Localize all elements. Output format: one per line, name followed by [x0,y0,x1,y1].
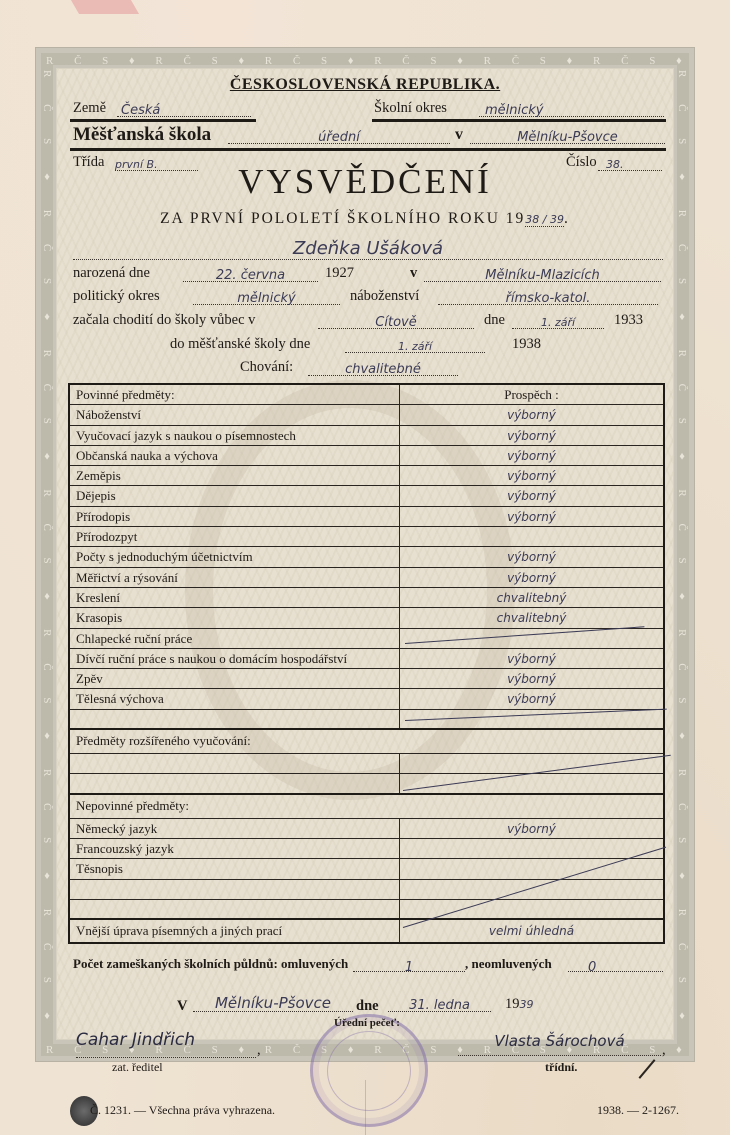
student-name: Zdeňka Ušáková [293,238,443,259]
born-label: narozená dne [73,265,150,282]
conduct-field: chvalitebné [308,360,458,376]
table-row [70,900,663,920]
subject-name [70,900,400,918]
burgher-date-field: 1. září [345,337,485,353]
born-place-field: Mělníku-Mlazicích [424,266,661,282]
appearance-label: Vnější úprava písemných a jiných prací [70,920,400,942]
grade-value: výborný [507,571,556,585]
grade-value: výborný [507,672,556,686]
subject-name: Přírodozpyt [70,527,400,546]
conduct-label: Chování: [240,359,293,376]
started-place-value: Cítově [375,315,416,330]
table-row: Zeměpis výborný [70,466,663,486]
unexcused-label: , neomluvených [465,956,552,972]
unexcused-field: 0 [568,958,663,972]
seal-label: Úřední pečeť: [334,1017,400,1029]
document-subtitle: ZA PRVNÍ POLOLETÍ ŠKOLNÍHO ROKU 1938 / 3… [0,210,730,228]
subject-name: Francouzský jazyk [70,839,400,858]
grades-table: Povinné předměty: Prospěch : Náboženství… [68,383,665,944]
land-field: Česká [117,101,251,117]
subject-name [70,774,400,792]
subject-name: Počty s jednoduchým účetnictvím [70,547,400,566]
table-row: Vyučovací jazyk s naukou o písemnostech … [70,426,663,446]
school-in-label: v [455,126,463,144]
slash-mark [639,1059,656,1079]
teacher-signature-line: Vlasta Šárochová [458,1032,661,1056]
burgher-date-value: 1. září [398,340,432,353]
unexcused-value: 0 [568,960,596,975]
land-value: Česká [117,103,160,118]
table-row: Tělesná výchova výborný [70,689,663,709]
place-field: Mělníku-Pšovce [193,994,353,1012]
subject-name: Těsnopis [70,859,400,878]
table-row [70,774,663,794]
subject-name: Krasopis [70,608,400,627]
table-row: Náboženství výborný [70,405,663,425]
table-row [70,880,663,900]
rule [372,119,666,122]
table-row: Kreslení chvalitebný [70,588,663,608]
subject-name: Chlapecké ruční práce [70,629,400,648]
excused-field: 1 [353,958,465,972]
footer-left: Č. 1231. — Všechna práva vyhrazena. [90,1103,275,1118]
born-date-field: 22. června [183,266,318,282]
grade-value: výborný [507,449,556,463]
teacher-label: třídní. [545,1060,577,1075]
school-type-value: úřední [318,130,360,145]
subject-name: Zpěv [70,669,400,688]
born-year-value: 1927 [325,265,354,282]
place-label: V [177,998,187,1015]
table-row: Francouzský jazyk [70,839,663,859]
date-label: dne [356,998,379,1015]
grades-header-row: Povinné předměty: Prospěch : [70,385,663,405]
table-row: Přírodozpyt [70,527,663,547]
excused-value: 1 [405,960,413,975]
table-row: Zpěv výborný [70,669,663,689]
table-row: Dívčí ruční práce s naukou o domácím hos… [70,649,663,669]
table-row: Těsnopis [70,859,663,879]
republic-header: ČESKOSLOVENSKÁ REPUBLIKA. [0,76,730,94]
subject-name [70,754,400,773]
started-year-value: 1933 [614,312,643,329]
subject-name: Dějepis [70,486,400,505]
paper-fold [365,1080,366,1135]
school-year-value: 38 / 39 [525,213,564,227]
absences-label: Počet zameškaných školních půldnů: omluv… [73,956,348,972]
date-field: 31. ledna [388,996,491,1012]
table-row: Dějepis výborný [70,486,663,506]
subject-name: Občanská nauka a výchova [70,446,400,465]
table-row [70,754,663,774]
grade-value: výborný [507,550,556,564]
subject-header: Povinné předměty: [70,385,400,404]
rule [70,119,256,122]
grade-value: výborný [507,652,556,666]
border-text-top: R Č S ♦ R Č S ♦ R Č S ♦ R Č S ♦ R Č S ♦ … [46,55,686,67]
school-place-field: Mělníku-Pšovce [470,128,665,144]
land-label: Země [73,100,106,117]
table-row [70,710,663,730]
strike-line [405,626,644,644]
subject-name: Zeměpis [70,466,400,485]
grade-value: chvalitebný [497,611,567,625]
director-signature-line: Cahar Jindřich [76,1030,256,1058]
political-district-label: politický okres [73,288,160,305]
year-value: 39 [520,998,534,1011]
conduct-value: chvalitebné [345,362,421,377]
subject-name: Dívčí ruční práce s naukou o domácím hos… [70,649,400,668]
table-row: Občanská nauka a výchova výborný [70,446,663,466]
appearance-row: Vnější úprava písemných a jiných prací v… [70,920,663,942]
optional-header-row: Nepovinné předměty: [70,795,663,819]
director-label: zat. ředitel [112,1060,163,1075]
table-row: Krasopis chvalitebný [70,608,663,628]
burgher-label: do měšťanské školy dne [170,336,310,353]
seal-emblem [327,1031,411,1111]
place-value: Mělníku-Pšovce [215,994,331,1012]
optional-header: Nepovinné předměty: [70,795,663,818]
born-date-value: 22. června [216,268,285,283]
subject-name: Měřictví a rýsování [70,568,400,587]
subject-name: Tělesná výchova [70,689,400,708]
grade-value: výborný [507,429,556,443]
subtitle-text: ZA PRVNÍ POLOLETÍ ŠKOLNÍHO ROKU 19 [160,210,525,227]
born-place-value: Mělníku-Mlazicích [485,268,600,283]
extended-header: Předměty rozšířeného vyučování: [70,730,663,753]
footer-right: 1938. — 2-1267. [597,1103,679,1118]
started-place-field: Cítově [318,313,474,329]
school-label: Měšťanská škola [73,124,211,146]
religion-label: náboženství [350,288,419,305]
subject-name: Německý jazyk [70,819,400,838]
table-row: Německý jazyk výborný [70,819,663,839]
subject-name [70,710,400,728]
table-row: Měřictví a rýsování výborný [70,568,663,588]
comma: , [257,1042,261,1059]
subject-name: Náboženství [70,405,400,424]
certificate-page: R Č S ♦ R Č S ♦ R Č S ♦ R Č S ♦ R Č S ♦ … [0,0,730,1135]
rule [70,148,666,151]
table-row: Počty s jednoduchým účetnictvím výborný [70,547,663,567]
official-seal [310,1014,428,1127]
political-district-field: mělnický [193,289,340,305]
subject-name: Kreslení [70,588,400,607]
district-value: mělnický [479,103,544,118]
extended-header-row: Předměty rozšířeného vyučování: [70,730,663,754]
grade-value: výborný [507,489,556,503]
grade-value: chvalitebný [497,591,567,605]
director-signature: Cahar Jindřich [76,1030,195,1050]
school-type-field: úřední [228,128,450,144]
subject-name [70,880,400,899]
subject-name: Vyučovací jazyk s naukou o písemnostech [70,426,400,445]
started-label: začala chodití do školy vůbec v [73,312,255,329]
religion-field: římsko-katol. [438,289,658,305]
grade-value: výborný [507,692,556,706]
grade-value: výborný [507,469,556,483]
started-date-label: dne [484,312,505,329]
district-label: Školní okres [374,100,447,117]
comma: , [662,1042,666,1059]
started-date-field: 1. září [512,313,604,329]
strike-line [405,708,667,720]
teacher-signature: Vlasta Šárochová [494,1032,624,1050]
born-in-label: v [410,265,417,282]
grade-value: výborný [507,822,556,836]
year-prefix: 19 [505,996,520,1012]
burgher-year-value: 1938 [512,336,541,353]
district-field: mělnický [479,101,664,117]
table-row: Přírodopis výborný [70,507,663,527]
political-district-value: mělnický [237,291,296,306]
appearance-value: velmi úhledná [489,924,574,938]
student-name-field: Zdeňka Ušáková [73,238,663,260]
date-value: 31. ledna [409,998,470,1013]
year-field: 1939 [505,996,534,1013]
document-title: VYSVĚDČENÍ [0,162,730,202]
grade-value: výborný [507,510,556,524]
grade-header: Prospěch : [400,385,663,404]
school-place-value: Mělníku-Pšovce [517,130,618,145]
religion-value: římsko-katol. [506,291,591,306]
red-stain [71,0,139,14]
started-date-value: 1. září [541,316,575,329]
table-row: Chlapecké ruční práce [70,629,663,649]
grade-value: výborný [507,408,556,422]
subject-name: Přírodopis [70,507,400,526]
